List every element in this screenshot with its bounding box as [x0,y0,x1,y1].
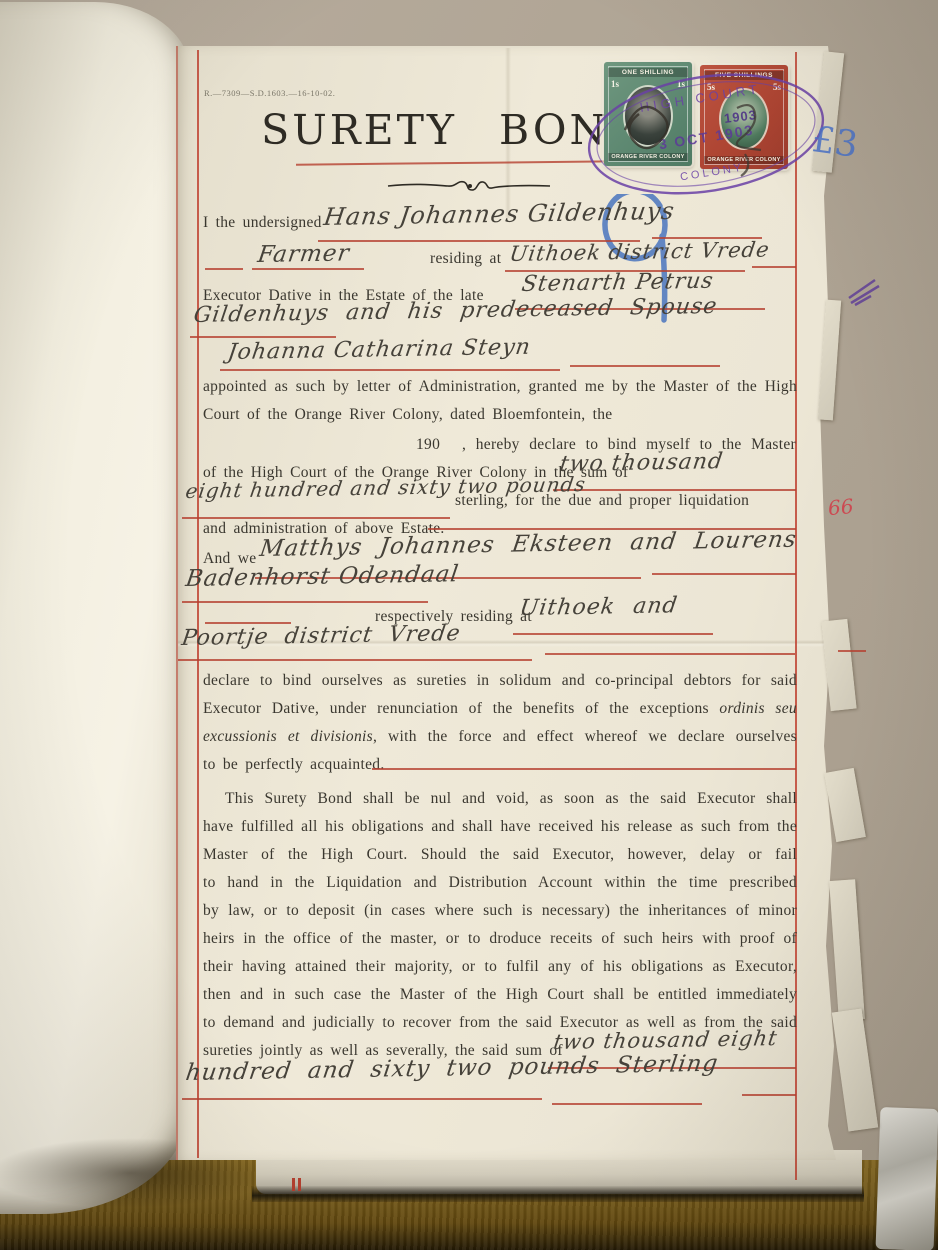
fill-rule [742,1094,796,1096]
fill-rule [553,489,796,491]
page-bottom-seam [252,1186,864,1202]
printed-declaration-4: to be perfectly acquainted. [203,756,797,774]
hand-occupation: Farmer [256,240,351,268]
title-flourish [386,176,554,196]
form-ref-number: R.—7309—S.D.1603.—16-10-02. [204,88,335,98]
red-edge-dash [838,650,866,652]
left-margin-rule [197,50,199,1158]
fill-rule [220,369,560,371]
body-line: to hand in the Liquidation and Distribut… [203,874,797,892]
red-margin-number: 66 [827,494,854,520]
hand-sureties-residence-1: Uithoek and [518,593,679,621]
fill-rule [178,659,532,661]
fill-rule [182,601,428,603]
body-line: their having attained their majority, or… [203,958,797,976]
photograph-of-surety-bond: { "document": { "ref_number": "R.—7309—S… [0,0,938,1250]
printed-appointed-2: Court of the Orange River Colony, dated … [203,406,797,424]
red-check-mark [292,1178,295,1191]
body-line: then and in such case the Master of the … [203,986,797,1004]
torn-edge-piece [829,879,865,1020]
body-line: by law, or to deposit (in cases where su… [203,902,797,920]
printed-appointed-1: appointed as such by letter of Administr… [203,378,797,396]
fill-rule [182,1098,542,1100]
hand-sureties-2: Badenhorst Odendaal [184,561,461,592]
fill-rule [652,573,796,575]
purple-edge-fragment [845,272,885,308]
hand-residence: Uithoek district Vrede [508,237,771,266]
declaration-2-latin: ordinis seu [719,700,797,717]
printed-residing-at: residing at [430,250,501,268]
fill-rule [372,768,796,770]
printed-year: 190 [416,436,440,454]
fill-rule [552,1103,702,1105]
red-check-mark [298,1178,301,1191]
book-left-pages [0,2,190,1214]
printed-sterling: sterling, for the due and proper liquida… [455,492,749,510]
fill-rule [205,268,243,270]
printed-declaration-3: excussionis et divisionis, with the forc… [203,728,797,746]
body-line: Master of the High Court. Should the sai… [203,846,797,864]
fill-rule [252,268,364,270]
left-margin-rule-outer [176,46,178,1160]
fill-rule [545,653,795,655]
blue-price-annotation: £3 [809,119,860,166]
body-line: heirs in the office of the master, or to… [203,930,797,948]
fill-rule [513,633,713,635]
torn-edge-piece [832,1008,878,1131]
hand-final-amount-1: two thousand eight [552,1026,779,1054]
fill-rule [182,517,450,519]
declaration-2-roman: Executor Dative, under renunciation of t… [203,700,719,717]
fill-rule [752,266,796,268]
ink-initials-scribble [595,70,835,190]
declaration-3-roman: , with the force and effect whereof we d… [373,728,797,745]
printed-declaration-1: declare to bind ourselves as sureties in… [203,672,797,690]
fill-rule [190,336,336,338]
printed-declaration-2: Executor Dative, under renunciation of t… [203,700,797,718]
foil-scrap [876,1107,938,1250]
hand-sureties-residence-2: Poortje district Vrede [180,621,462,651]
hand-spouse-name: Johanna Catharina Steyn [226,335,533,365]
fill-rule [570,365,720,367]
declaration-3-latin: excussionis et divisionis [203,728,373,745]
body-line: This Surety Bond shall be nul and void, … [203,790,797,808]
body-line: have fulfilled all his obligations and s… [203,818,797,836]
hand-deceased-name: Stenarth Petrus [520,269,715,297]
